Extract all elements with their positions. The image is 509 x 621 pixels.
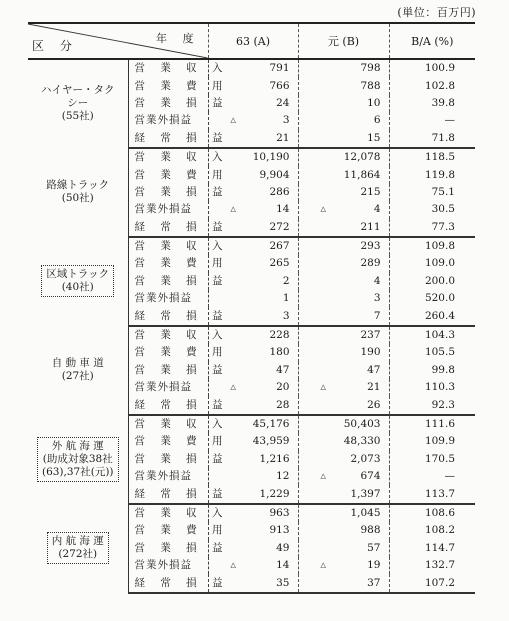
table-row: 外 航 海 運 (助成対象38社 (63),37社(元))営 業 収 入45,1…	[28, 415, 475, 433]
value-text: 1,045	[350, 507, 380, 519]
ratio-value: 132.7	[389, 557, 475, 574]
value-text: 35	[276, 577, 289, 589]
value-b: 2,073	[298, 451, 389, 468]
value-a: 267	[208, 237, 298, 255]
value-a: 10,190	[208, 148, 298, 166]
ratio-value: 110.3	[389, 379, 475, 396]
value-text: 14	[276, 559, 289, 571]
corner-header: 年 度 区 分	[28, 23, 208, 59]
value-a: 265	[208, 255, 298, 272]
ratio-value: 108.2	[389, 522, 475, 539]
value-a: 49	[208, 540, 298, 557]
value-b: 788	[298, 77, 389, 94]
value-text: 1,397	[350, 488, 380, 500]
value-text: 10,190	[253, 151, 290, 163]
value-text: 26	[367, 399, 380, 411]
ratio-value: 260.4	[389, 307, 475, 325]
item-label: 営 業 収 入	[128, 415, 208, 433]
value-text: 15	[367, 132, 380, 144]
value-text: 293	[360, 240, 380, 252]
value-text: 215	[360, 186, 380, 198]
value-text: 47	[276, 364, 289, 376]
value-b: 10	[298, 95, 389, 112]
value-b: 6	[298, 112, 389, 129]
value-text: 286	[269, 186, 289, 198]
value-b: 215	[298, 184, 389, 201]
value-b: 190	[298, 344, 389, 361]
item-label: 経 常 損 益	[128, 574, 208, 592]
value-b: 47	[298, 362, 389, 379]
value-a: 12	[208, 468, 298, 485]
value-b: 11,864	[298, 166, 389, 183]
group-label: 内 航 海 運 (272社)	[47, 532, 109, 564]
value-a: 45,176	[208, 415, 298, 433]
value-b: △4	[298, 201, 389, 218]
negative-marker-icon: △	[321, 379, 326, 396]
unit-label: (単位：百万円)	[397, 4, 476, 20]
value-text: 9,904	[259, 169, 289, 181]
item-label: 経 常 損 益	[128, 130, 208, 148]
value-b: △674	[298, 468, 389, 485]
value-b: 289	[298, 255, 389, 272]
ratio-value: 104.3	[389, 326, 475, 344]
ratio-value: —	[389, 468, 475, 485]
col-ratio-header: B/A (%)	[389, 23, 475, 59]
value-text: 4	[374, 275, 381, 287]
ratio-value: 102.8	[389, 77, 475, 94]
ratio-value: 39.8	[389, 95, 475, 112]
group-label: 外 航 海 運 (助成対象38社 (63),37社(元))	[37, 437, 119, 482]
value-a: 24	[208, 95, 298, 112]
value-text: 48,330	[344, 435, 381, 447]
ratio-value: 119.8	[389, 166, 475, 183]
value-text: 21	[276, 132, 289, 144]
item-label: 営業外損益	[128, 468, 208, 485]
value-text: 12,078	[344, 151, 381, 163]
group-label-cell: 路線トラック (50社)	[28, 148, 128, 237]
item-label: 経 常 損 益	[128, 219, 208, 237]
item-label: 営業外損益	[128, 112, 208, 129]
value-b: 15	[298, 130, 389, 148]
value-text: 190	[360, 346, 380, 358]
ratio-value: 71.8	[389, 130, 475, 148]
table-row: 自 動 車 道 (27社)営 業 収 入228237104.3	[28, 326, 475, 344]
value-a: △3	[208, 112, 298, 129]
value-text: 43,959	[253, 435, 290, 447]
group-label-cell: ハイヤー・タク シー (55社)	[28, 59, 128, 148]
item-label: 営 業 費 用	[128, 433, 208, 450]
value-b: 3	[298, 290, 389, 307]
value-text: 272	[269, 221, 289, 233]
value-text: 788	[360, 80, 380, 92]
group-label: 自 動 車 道 (27社)	[52, 357, 104, 382]
value-a: 963	[208, 504, 298, 522]
value-text: 37	[367, 577, 380, 589]
item-label: 営 業 損 益	[128, 184, 208, 201]
value-a: 272	[208, 219, 298, 237]
value-a: 1	[208, 290, 298, 307]
value-text: 798	[360, 62, 380, 74]
value-a: 28	[208, 396, 298, 414]
value-text: 3	[283, 114, 290, 126]
item-label: 営 業 費 用	[128, 255, 208, 272]
ratio-value: 520.0	[389, 290, 475, 307]
ratio-value: 100.9	[389, 59, 475, 77]
value-b: 37	[298, 574, 389, 592]
value-text: 766	[269, 80, 289, 92]
negative-marker-icon: △	[321, 468, 326, 485]
group-label-cell: 外 航 海 運 (助成対象38社 (63),37社(元))	[28, 415, 128, 504]
table-row: 内 航 海 運 (272社)営 業 収 入9631,045108.6	[28, 504, 475, 522]
group-label: 区域トラック (40社)	[41, 265, 114, 297]
value-text: 10	[367, 97, 380, 109]
value-text: 3	[283, 310, 290, 322]
value-text: 49	[276, 542, 289, 554]
value-a: 9,904	[208, 166, 298, 183]
item-label: 営 業 収 入	[128, 148, 208, 166]
value-a: 2	[208, 273, 298, 290]
item-label: 経 常 損 益	[128, 307, 208, 325]
value-text: 211	[360, 221, 380, 233]
ratio-value: 99.8	[389, 362, 475, 379]
table-row: 路線トラック (50社)営 業 収 入10,19012,078118.5	[28, 148, 475, 166]
value-b: 12,078	[298, 148, 389, 166]
value-text: 228	[269, 329, 289, 341]
item-label: 営業外損益	[128, 290, 208, 307]
group-label: ハイヤー・タク シー (55社)	[41, 84, 115, 122]
value-a: 3	[208, 307, 298, 325]
ratio-value: 118.5	[389, 148, 475, 166]
value-a: 35	[208, 574, 298, 592]
value-text: 50,403	[344, 418, 381, 430]
value-b: 798	[298, 59, 389, 77]
value-b: 57	[298, 540, 389, 557]
item-label: 営業外損益	[128, 201, 208, 218]
value-a: △14	[208, 201, 298, 218]
value-a: △20	[208, 379, 298, 396]
negative-marker-icon: △	[321, 557, 326, 574]
value-text: 3	[374, 292, 381, 304]
value-text: 57	[367, 542, 380, 554]
item-label: 営 業 損 益	[128, 95, 208, 112]
value-text: 2,073	[350, 453, 380, 465]
group-label-cell: 区域トラック (40社)	[28, 237, 128, 326]
value-a: 791	[208, 59, 298, 77]
item-label: 営 業 収 入	[128, 326, 208, 344]
value-a: 913	[208, 522, 298, 539]
value-text: 7	[374, 310, 381, 322]
value-a: 47	[208, 362, 298, 379]
value-b: △19	[298, 557, 389, 574]
ratio-value: 170.5	[389, 451, 475, 468]
value-text: 19	[367, 559, 380, 571]
table-row: 区域トラック (40社)営 業 収 入267293109.8	[28, 237, 475, 255]
financial-table: 年 度 区 分 63 (A) 元 (B) B/A (%) ハイヤー・タク シー …	[28, 22, 475, 594]
value-b: 4	[298, 273, 389, 290]
value-text: 21	[367, 381, 380, 393]
ratio-value: 109.0	[389, 255, 475, 272]
value-text: 6	[374, 114, 381, 126]
value-b: 26	[298, 396, 389, 414]
value-text: 913	[269, 524, 289, 536]
value-a: 1,216	[208, 451, 298, 468]
value-text: 1,216	[259, 453, 289, 465]
value-b: 7	[298, 307, 389, 325]
value-text: 267	[269, 240, 289, 252]
value-text: 289	[360, 257, 380, 269]
category-header-label: 区 分	[32, 37, 78, 54]
value-text: 791	[269, 62, 289, 74]
value-b: △21	[298, 379, 389, 396]
value-text: 28	[276, 399, 289, 411]
ratio-value: 108.6	[389, 504, 475, 522]
value-a: 766	[208, 77, 298, 94]
item-label: 営 業 費 用	[128, 522, 208, 539]
value-text: 11,864	[344, 169, 381, 181]
group-label-cell: 内 航 海 運 (272社)	[28, 504, 128, 593]
item-label: 営 業 収 入	[128, 237, 208, 255]
item-label: 営業外損益	[128, 557, 208, 574]
year-header-label: 年 度	[156, 30, 200, 46]
ratio-value: 30.5	[389, 201, 475, 218]
ratio-value: 109.8	[389, 237, 475, 255]
item-label: 経 常 損 益	[128, 485, 208, 503]
ratio-value: 113.7	[389, 485, 475, 503]
value-text: 14	[276, 203, 289, 215]
value-b: 48,330	[298, 433, 389, 450]
item-label: 営 業 費 用	[128, 77, 208, 94]
ratio-value: —	[389, 112, 475, 129]
negative-marker-icon: △	[231, 201, 236, 218]
value-b: 1,045	[298, 504, 389, 522]
value-text: 24	[276, 97, 289, 109]
value-text: 237	[360, 329, 380, 341]
item-label: 営 業 損 益	[128, 540, 208, 557]
value-text: 20	[276, 381, 289, 393]
value-b: 50,403	[298, 415, 389, 433]
value-a: 286	[208, 184, 298, 201]
negative-marker-icon: △	[321, 201, 326, 218]
value-text: 45,176	[253, 418, 290, 430]
value-a: 21	[208, 130, 298, 148]
value-text: 180	[269, 346, 289, 358]
ratio-value: 105.5	[389, 344, 475, 361]
value-b: 237	[298, 326, 389, 344]
table-row: ハイヤー・タク シー (55社)営 業 収 入791798100.9	[28, 59, 475, 77]
item-label: 経 常 損 益	[128, 396, 208, 414]
ratio-value: 114.7	[389, 540, 475, 557]
ratio-value: 111.6	[389, 415, 475, 433]
value-text: 1	[283, 292, 290, 304]
value-a: 1,229	[208, 485, 298, 503]
item-label: 営 業 損 益	[128, 273, 208, 290]
header-row: 年 度 区 分 63 (A) 元 (B) B/A (%)	[28, 23, 475, 59]
value-text: 265	[269, 257, 289, 269]
ratio-value: 75.1	[389, 184, 475, 201]
value-a: △14	[208, 557, 298, 574]
item-label: 営 業 損 益	[128, 362, 208, 379]
value-b: 211	[298, 219, 389, 237]
value-text: 2	[283, 275, 290, 287]
col-b-header: 元 (B)	[298, 23, 389, 59]
ratio-value: 200.0	[389, 273, 475, 290]
value-text: 47	[367, 364, 380, 376]
value-text: 963	[269, 507, 289, 519]
item-label: 営業外損益	[128, 379, 208, 396]
group-label: 路線トラック (50社)	[46, 179, 109, 204]
ratio-value: 109.9	[389, 433, 475, 450]
value-text: 988	[360, 524, 380, 536]
item-label: 営 業 費 用	[128, 344, 208, 361]
col-a-header: 63 (A)	[208, 23, 298, 59]
negative-marker-icon: △	[231, 379, 236, 396]
item-label: 営 業 収 入	[128, 59, 208, 77]
value-text: 4	[374, 203, 381, 215]
value-b: 988	[298, 522, 389, 539]
item-label: 営 業 損 益	[128, 451, 208, 468]
value-a: 180	[208, 344, 298, 361]
item-label: 営 業 収 入	[128, 504, 208, 522]
value-b: 1,397	[298, 485, 389, 503]
item-label: 営 業 費 用	[128, 166, 208, 183]
value-text: 674	[360, 470, 380, 482]
value-text: 12	[276, 470, 289, 482]
ratio-value: 92.3	[389, 396, 475, 414]
ratio-value: 107.2	[389, 574, 475, 592]
value-text: 1,229	[259, 488, 289, 500]
group-label-cell: 自 動 車 道 (27社)	[28, 326, 128, 415]
value-a: 228	[208, 326, 298, 344]
value-b: 293	[298, 237, 389, 255]
value-a: 43,959	[208, 433, 298, 450]
negative-marker-icon: △	[231, 112, 236, 129]
ratio-value: 77.3	[389, 219, 475, 237]
negative-marker-icon: △	[231, 557, 236, 574]
